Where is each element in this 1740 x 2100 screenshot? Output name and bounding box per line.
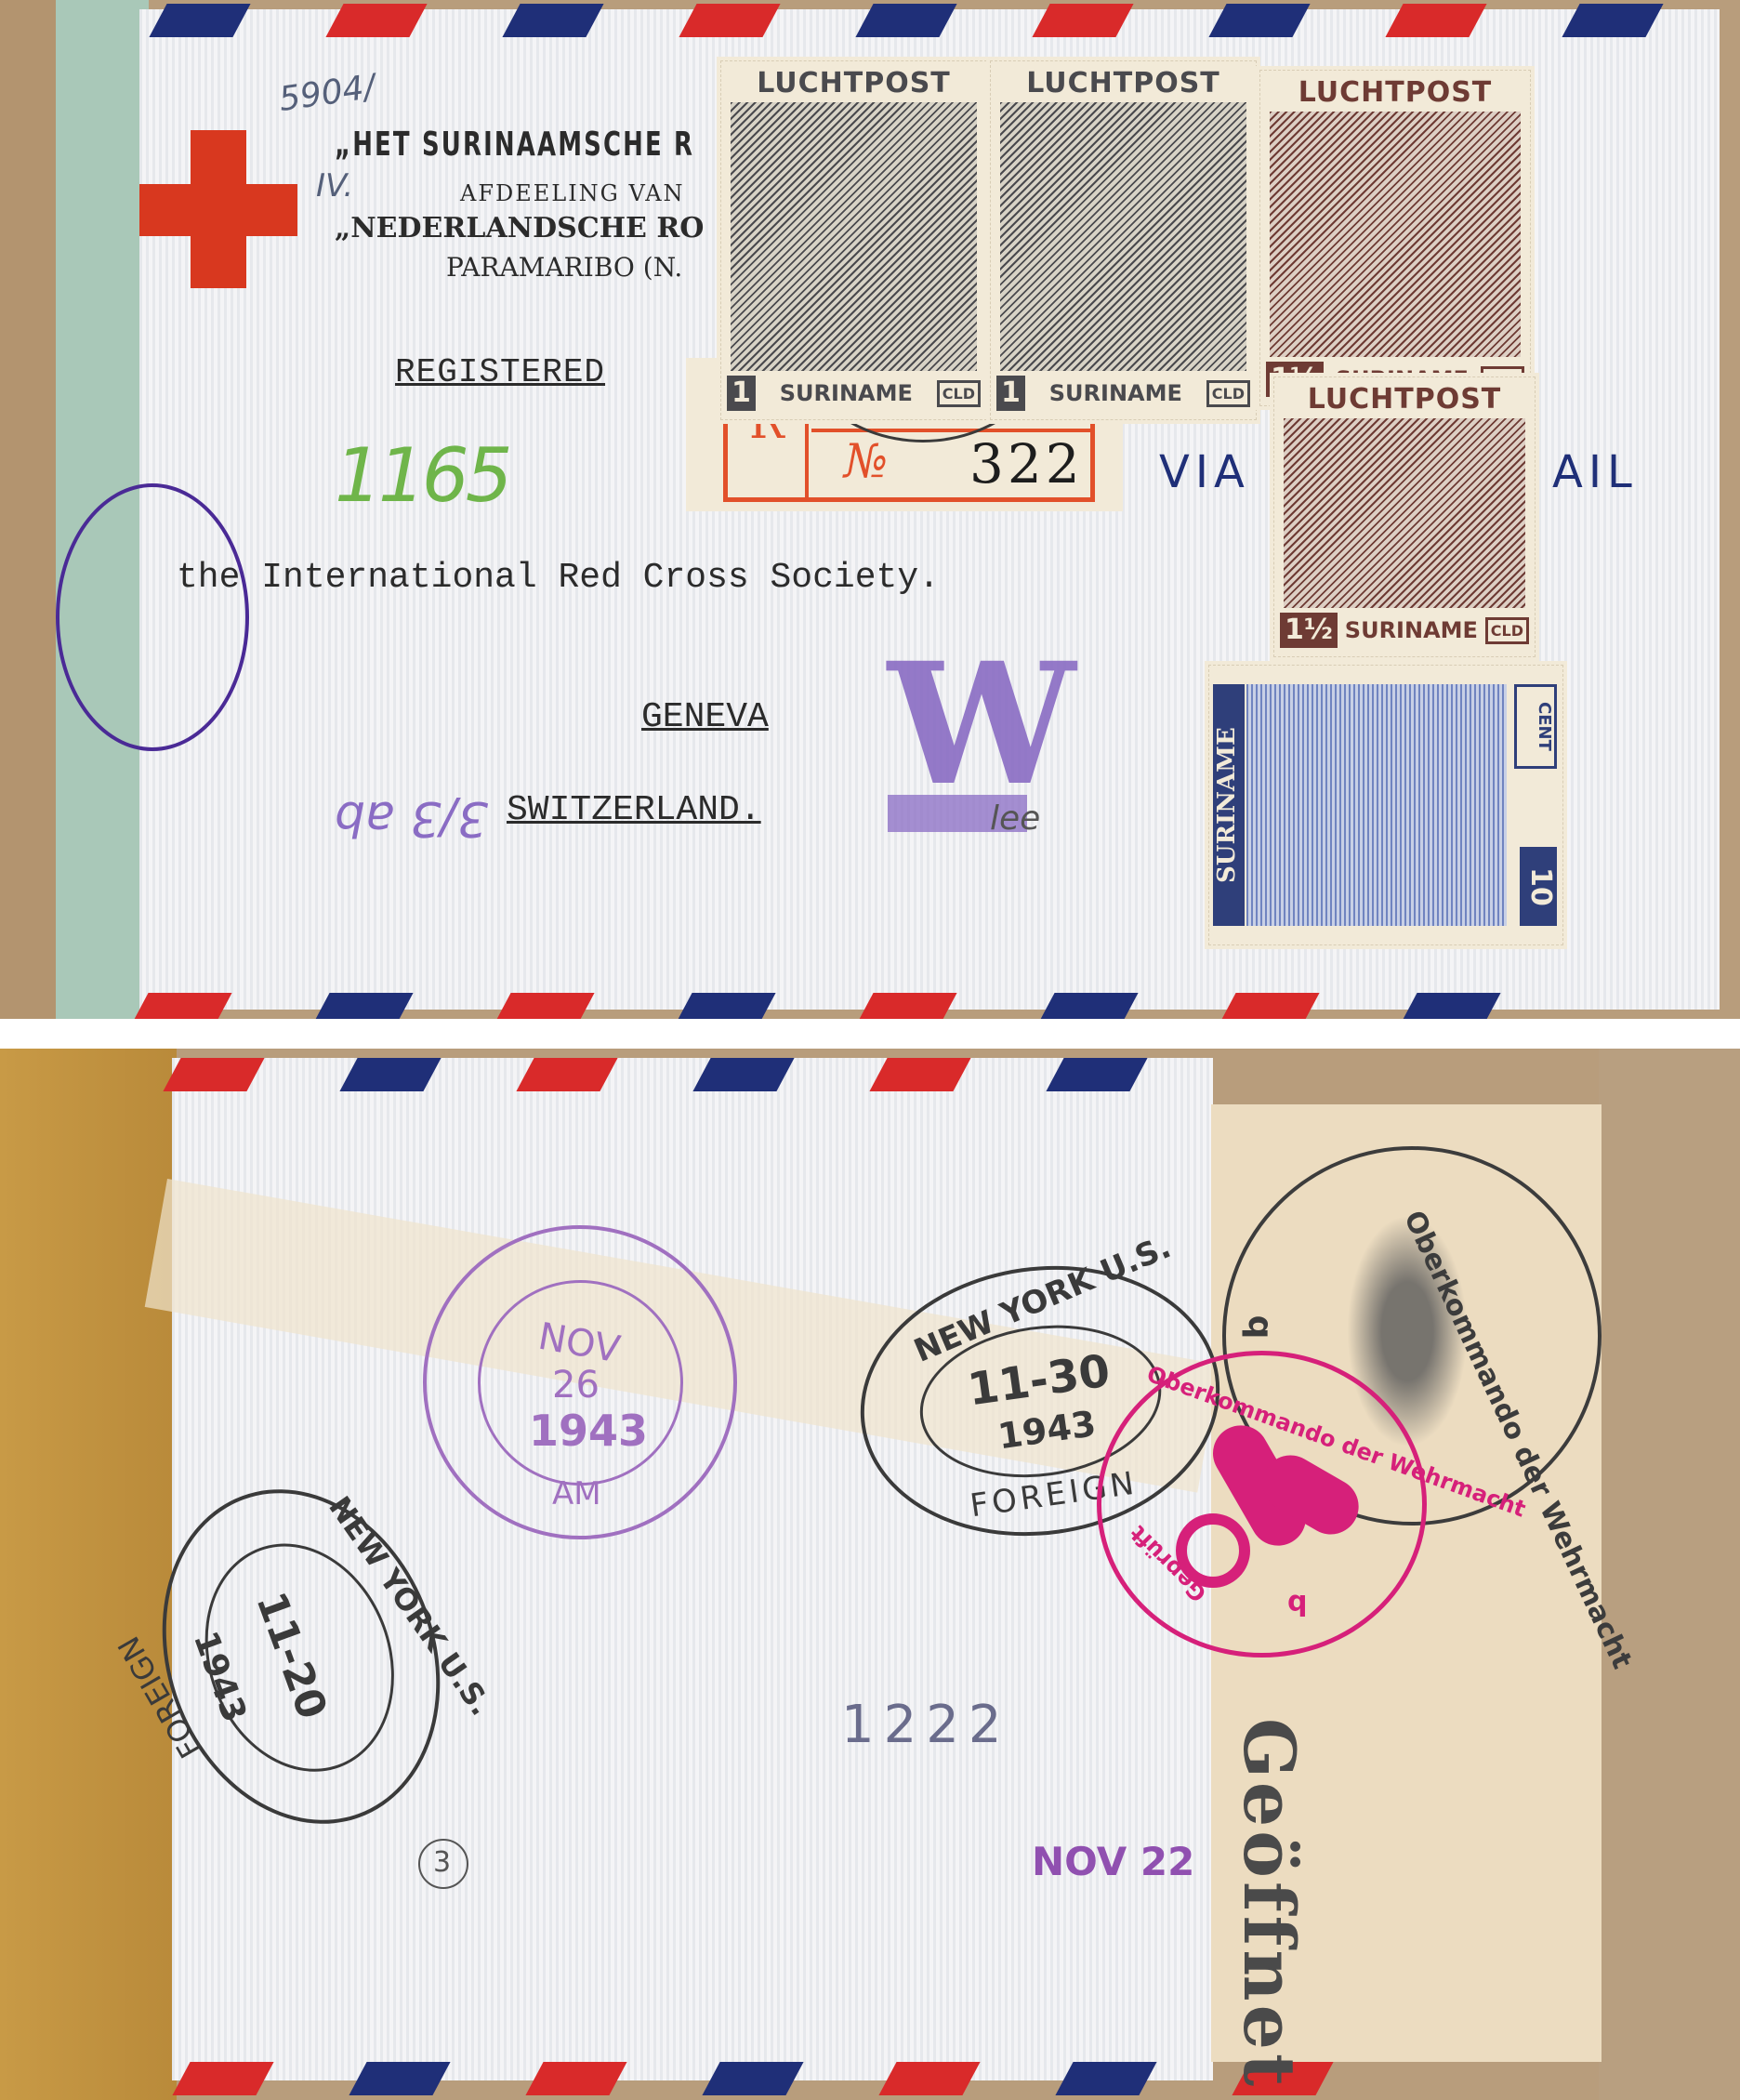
mercury-engraving-icon [1000, 102, 1246, 371]
yellow-censor-tape [0, 1049, 177, 2100]
violet-year: 1943 [529, 1406, 648, 1456]
okw-red-letter: b [1287, 1588, 1307, 1620]
stamp-luchtpost-1ct-b: LUCHTPOST 1SURINAMECLD [990, 60, 1257, 420]
stamp-currency: CENT [1514, 684, 1557, 769]
opened-label: Geöffnet [1228, 1718, 1311, 2090]
envelope-front: 5904/ IV. „HET SURINAAMSCHE R AFDEELING … [0, 0, 1740, 1019]
airmail-border-bottom-back [172, 2062, 1659, 2099]
envelope-back: Oberkommando der Wehrmacht b NEW YORK U.… [0, 1049, 1740, 2100]
violet-day: 26 [552, 1364, 600, 1407]
okw-black-letter: b [1237, 1315, 1275, 1340]
mercury-engraving-icon [1284, 418, 1525, 608]
violet-arrival-postmark: NOV 26 1943 AM [423, 1225, 737, 1539]
stamp-luchtpost-1ct-a: LUCHTPOST 1SURINAMECLD [720, 60, 987, 420]
stamp-country-vertical: SURINAME [1213, 684, 1245, 926]
date-stamp: NOV 22 [1032, 1839, 1194, 1884]
letterhead: „HET SURINAAMSCHE R AFDEELING VAN „NEDER… [335, 125, 706, 283]
letterhead-line-3: „NEDERLANDSCHE RO [335, 212, 706, 244]
number-stamp: 1222 [841, 1695, 1011, 1755]
violet-censor-postmark [56, 483, 249, 751]
royal-family-engraving-icon [1246, 684, 1507, 926]
censor-w-letter: W [888, 637, 1075, 813]
airmail-border-bottom [139, 993, 1720, 1019]
red-cross-icon [139, 130, 297, 288]
airmail-via: VIA [1159, 446, 1250, 498]
stamp-royal-family-10ct: SURINAME 10 CENT [1208, 665, 1563, 945]
letterhead-line-2: AFDEELING VAN [460, 180, 706, 206]
stamp-value: 10 [1520, 847, 1557, 926]
stamp-luchtpost-1-5ct-a: LUCHTPOST 1½SURINAMECLD [1259, 70, 1531, 406]
destination-city: GENEVA [641, 697, 769, 737]
addressee: the International Red Cross Society. [177, 558, 940, 598]
violet-pencil-note: 3/3 ab [335, 790, 488, 846]
green-pencil-number: 1165 [335, 432, 509, 519]
airmail-ail: AIL [1552, 446, 1638, 498]
pencil-initials: lee [990, 799, 1040, 838]
destination-country: SWITZERLAND. [507, 790, 761, 830]
mercury-engraving-icon [731, 102, 977, 371]
violet-bottom: AM [552, 1475, 601, 1512]
stamp-luchtpost-1-5ct-b: LUCHTPOST 1½SURINAMECLD [1273, 376, 1536, 657]
letterhead-line-1: „HET SURINAAMSCHE R [335, 125, 602, 164]
brown-backing-right [1599, 1049, 1740, 2100]
airmail-border-top [139, 4, 1720, 41]
registered-label: REGISTERED [395, 353, 605, 391]
mercury-engraving-icon [1270, 112, 1521, 357]
circled-number: 3 [418, 1839, 468, 1889]
registration-number: 322 [969, 432, 1084, 495]
okw-censor-stamp-red: Oberkommando der Wehrmacht Geprüft b [1097, 1351, 1427, 1658]
letterhead-line-4: PARAMARIBO (N. [446, 252, 706, 283]
registration-number-sign: № [844, 434, 888, 488]
airmail-border-top-back [172, 1058, 1659, 1095]
